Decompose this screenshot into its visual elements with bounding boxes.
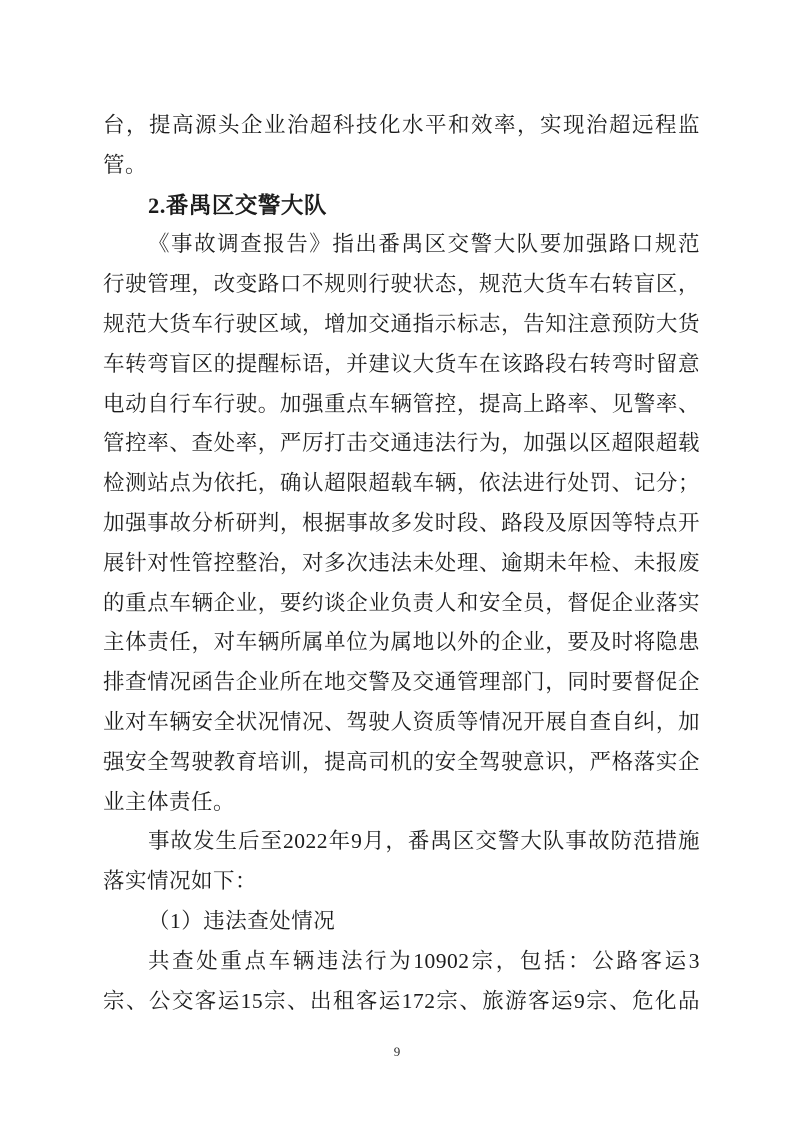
text-line: 排查情况函告企业所在地交警及交通管理部门，同时要督促企 <box>103 663 700 703</box>
text-line: 强安全驾驶教育培训，提高司机的安全驾驶意识，严格落实企 <box>103 743 700 783</box>
list-item-heading: （1）违法查处情况 <box>103 902 700 942</box>
text-line: 共查处重点车辆违法行为10902宗，包括：公路客运3 <box>103 942 700 982</box>
document-page: 台，提高源头企业治超科技化水平和效率，实现治超远程监 管。 2.番禺区交警大队 … <box>0 0 794 1123</box>
text-line: 宗、公交客运15宗、出租客运172宗、旅游客运9宗、危化品 <box>103 982 700 1022</box>
section-heading: 2.番禺区交警大队 <box>103 186 700 226</box>
text-line: 展针对性管控整治，对多次违法未处理、逾期未年检、未报废 <box>103 544 700 584</box>
text-line: 事故发生后至2022年9月，番禺区交警大队事故防范措施 <box>103 822 700 862</box>
text-line: 业对车辆安全状况情况、驾驶人资质等情况开展自查自纠，加 <box>103 703 700 743</box>
text-line: 的重点车辆企业，要约谈企业负责人和安全员，督促企业落实 <box>103 584 700 624</box>
text-line: 电动自行车行驶。加强重点车辆管控，提高上路率、见警率、 <box>103 385 700 425</box>
text-line: 管。 <box>103 146 700 186</box>
text-line: 管控率、查处率，严厉打击交通违法行为，加强以区超限超载 <box>103 424 700 464</box>
text-line: 规范大货车行驶区域，增加交通指示标志，告知注意预防大货 <box>103 305 700 345</box>
text-line: 加强事故分析研判，根据事故多发时段、路段及原因等特点开 <box>103 504 700 544</box>
document-body: 台，提高源头企业治超科技化水平和效率，实现治超远程监 管。 2.番禺区交警大队 … <box>103 106 700 1021</box>
page-number: 9 <box>0 1042 794 1062</box>
text-line: 车转弯盲区的提醒标语，并建议大货车在该路段右转弯时留意 <box>103 345 700 385</box>
text-line: 主体责任，对车辆所属单位为属地以外的企业，要及时将隐患 <box>103 623 700 663</box>
text-line: 业主体责任。 <box>103 783 700 823</box>
text-line: 落实情况如下： <box>103 862 700 902</box>
text-line: 《事故调查报告》指出番禺区交警大队要加强路口规范 <box>103 225 700 265</box>
text-line: 检测站点为依托，确认超限超载车辆，依法进行处罚、记分； <box>103 464 700 504</box>
text-line: 台，提高源头企业治超科技化水平和效率，实现治超远程监 <box>103 106 700 146</box>
text-line: 行驶管理，改变路口不规则行驶状态，规范大货车右转盲区， <box>103 265 700 305</box>
